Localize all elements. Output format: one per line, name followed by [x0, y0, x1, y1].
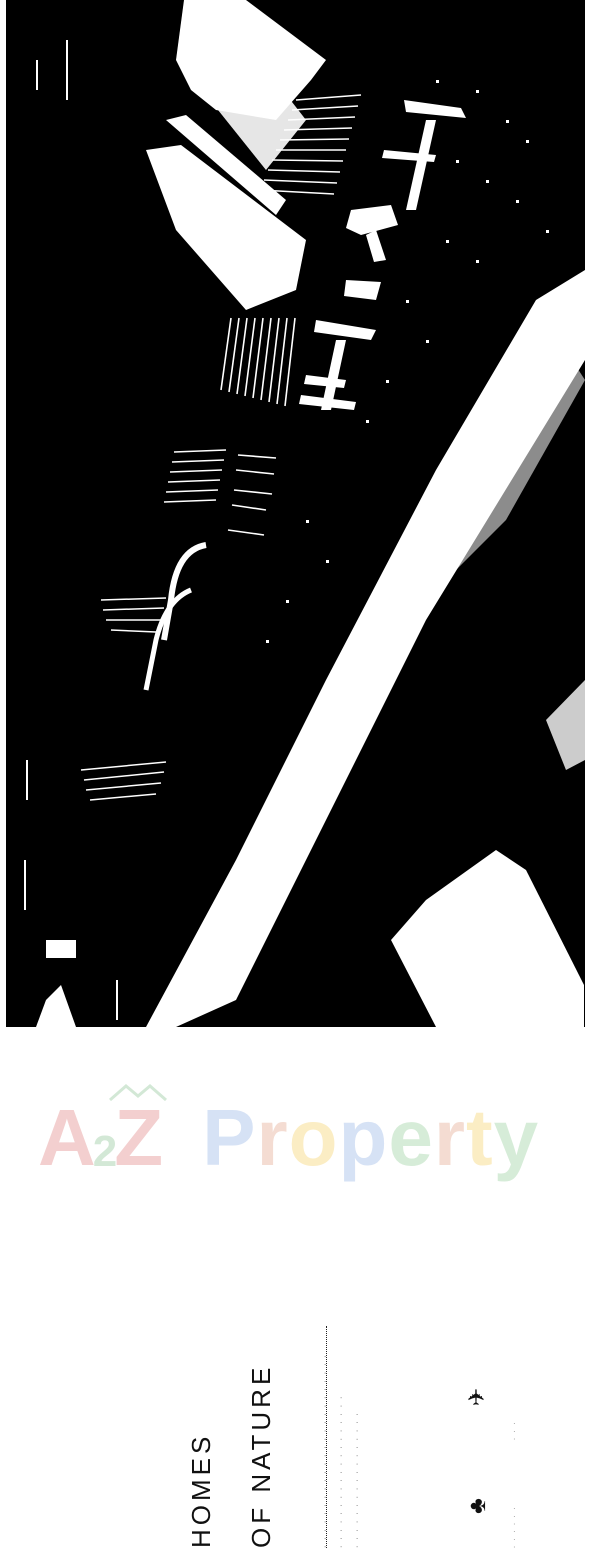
logo-letter-e: e — [388, 1098, 434, 1178]
logo-letter-r: r — [257, 1098, 289, 1178]
photo-graphic — [6, 0, 585, 1027]
logo-letter-y: y — [494, 1098, 540, 1178]
logo-letter-z: Z — [114, 1098, 164, 1178]
logo-letter-t: t — [466, 1098, 494, 1178]
logo-letter-p: P — [202, 1098, 256, 1178]
logo-letter-p2: p — [339, 1098, 389, 1178]
a2z-property-logo: A 2 Z P r o p e r t y — [38, 1088, 548, 1178]
title-homes: HOMES — [186, 1433, 217, 1548]
building-photo — [6, 0, 585, 1027]
icon-caption-2: · · · · · · — [512, 1506, 518, 1548]
airplane-icon: ✈ — [464, 1388, 490, 1406]
body-text-line-3: · · · · · · · · · · · · · · · · · — [354, 1411, 361, 1548]
tree-icon: ♣ — [464, 1498, 492, 1514]
roof-icon — [108, 1082, 168, 1102]
body-text-line-1: · · · · · · · · · · · · · · · · · · · · … — [322, 1353, 329, 1548]
body-text-line-2: · · · · · · · · · · · · · · · · · · · — [338, 1395, 345, 1548]
logo-letter-a: A — [38, 1098, 97, 1178]
logo-letter-2: 2 — [93, 1130, 118, 1174]
logo-letter-o: o — [289, 1098, 339, 1178]
title-of-nature: OF NATURE — [246, 1364, 277, 1548]
logo-letter-r2: r — [434, 1098, 466, 1178]
icon-caption-1: · · · — [512, 1421, 518, 1440]
